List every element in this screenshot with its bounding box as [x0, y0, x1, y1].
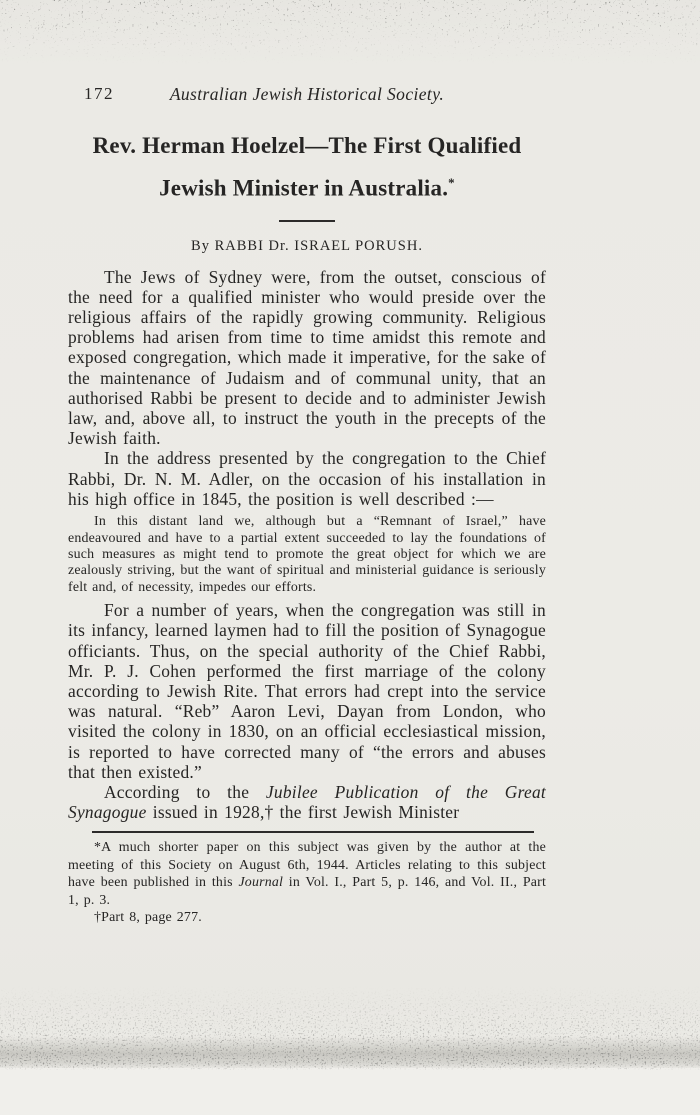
page-content: 172 Australian Jewish Historical Society…: [68, 84, 546, 926]
scanned-page: 172 Australian Jewish Historical Society…: [0, 0, 700, 1115]
title-footnote-marker: *: [448, 175, 455, 190]
paragraph-4-text: According to the: [104, 782, 266, 802]
scan-shadow-band: [0, 1036, 700, 1068]
scan-bottom-margin: [0, 1068, 700, 1115]
running-head: 172 Australian Jewish Historical Society…: [68, 84, 546, 106]
title-divider: [279, 220, 335, 222]
byline: By RABBI Dr. ISRAEL PORUSH.: [68, 238, 546, 255]
footnote-1-italic: Journal: [238, 875, 283, 890]
scan-noise-bottom: [0, 985, 700, 1070]
scan-noise-top: [0, 0, 700, 64]
article-title: Rev. Herman Hoelzel—The First Qualified …: [68, 127, 546, 207]
paragraph-3: For a number of years, when the congrega…: [68, 600, 546, 782]
footnote-1: *A much shorter paper on this subject wa…: [68, 839, 546, 909]
footnote-2: †Part 8, page 277.: [68, 909, 546, 926]
article-title-line2: Jewish Minister in Australia.: [159, 176, 448, 201]
article-title-line1: Rev. Herman Hoelzel—The First Qualified: [93, 133, 522, 158]
journal-title: Australian Jewish Historical Society.: [68, 84, 546, 105]
footnote-divider: [92, 831, 534, 833]
block-quote: In this distant land we, although but a …: [68, 514, 546, 596]
paragraph-4-text-end: issued in 1928,† the first Jewish Minist…: [147, 802, 460, 822]
paragraph-4: According to the Jubilee Publication of …: [68, 782, 546, 822]
paragraph-2: In the address presented by the congrega…: [68, 448, 546, 509]
paragraph-1: The Jews of Sydney were, from the outset…: [68, 267, 546, 449]
